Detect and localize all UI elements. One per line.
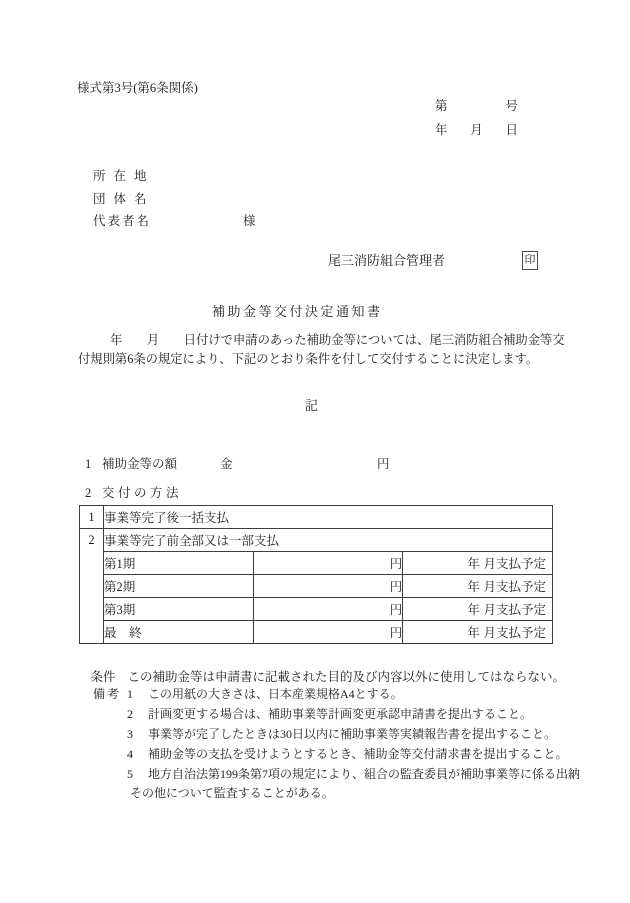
schedule-cell: 年 月支払予定 bbox=[403, 598, 553, 621]
period-label-cell: 第3期 bbox=[104, 598, 254, 621]
remark-item: 3事業等が完了したときは30日以内に補助事業等実績報告書を提出すること。 bbox=[93, 728, 556, 742]
remark-item: 5地方自治法第199条第7項の規定により、組合の監査委員が補助事業等に係る出納 bbox=[93, 768, 580, 782]
period-label-cell: 第1期 bbox=[104, 552, 254, 575]
amount-cell: 円 bbox=[253, 621, 403, 644]
seal-icon: 印 bbox=[525, 254, 536, 266]
table-row-period-final: 最 終 円 年 月支払予定 bbox=[80, 621, 553, 644]
schedule-year-label: 年 bbox=[467, 623, 480, 641]
issuer-name: 尾三消防組合管理者 bbox=[328, 254, 445, 269]
remark-text: 計画変更する場合は、補助事業等計画変更承認申請書を提出すること。 bbox=[148, 708, 532, 722]
schedule-year-label: 年 bbox=[467, 600, 480, 618]
row1-number-cell: 1 bbox=[80, 506, 104, 529]
payment-method-table: 1 事業等完了後一括支払 2 事業等完了前全部又は一部支払 第1期 円 年 月支… bbox=[79, 505, 553, 644]
amount-cell: 円 bbox=[253, 598, 403, 621]
remark-number: 4 bbox=[127, 748, 148, 762]
item1-number: 1 bbox=[85, 458, 91, 472]
seal-stamp-box: 印 bbox=[522, 251, 538, 270]
document-title: 補助金等交付決定通知書 bbox=[212, 305, 383, 320]
remark-item-continuation: その他について監査することがある。 bbox=[130, 787, 334, 801]
doc-number-suffix: 号 bbox=[505, 99, 518, 113]
doc-number-prefix: 第 bbox=[435, 99, 448, 113]
condition-label: 条件 bbox=[91, 670, 116, 684]
condition-text: この補助金等は申請書に記載された目的及び内容以外に使用してはならない。 bbox=[128, 670, 566, 684]
remark-number: 3 bbox=[127, 728, 148, 742]
row2-number-cell: 2 bbox=[80, 529, 104, 644]
item1-label: 補助金等の額 bbox=[102, 458, 177, 472]
remark-item: 2計画変更する場合は、補助事業等計画変更承認申請書を提出すること。 bbox=[93, 708, 532, 722]
recipient-representative-label: 代表者名 bbox=[93, 214, 151, 228]
date-month-label: 月 bbox=[470, 123, 483, 137]
table-row: 1 事業等完了後一括支払 bbox=[80, 506, 553, 529]
schedule-month-label: 月支払予定 bbox=[483, 600, 546, 618]
period-label-cell: 第2期 bbox=[104, 575, 254, 598]
date-year-label: 年 bbox=[435, 123, 448, 137]
remarks-label: 備考 bbox=[93, 688, 127, 702]
document-page: 様式第3号(第6条関係) 第 号 年 月 日 所在地 団体名 代表者名 様 尾三… bbox=[0, 0, 630, 903]
table-row-period-3: 第3期 円 年 月支払予定 bbox=[80, 598, 553, 621]
remark-number: 2 bbox=[127, 708, 148, 722]
schedule-month-label: 月支払予定 bbox=[483, 623, 546, 641]
remark-number: 1 bbox=[127, 688, 148, 702]
schedule-year-label: 年 bbox=[467, 554, 480, 572]
remarks-block: 備考1この用紙の大きさは、日本産業規格A4とする。 2計画変更する場合は、補助事… bbox=[93, 688, 105, 798]
amount-cell: 円 bbox=[253, 552, 403, 575]
schedule-cell: 年 月支払予定 bbox=[403, 552, 553, 575]
recipient-address-label: 所在地 bbox=[93, 169, 155, 183]
remark-text: 地方自治法第199条第7項の規定により、組合の監査委員が補助事業等に係る出納 bbox=[148, 768, 580, 782]
doc-number-line: 第 号 bbox=[435, 99, 518, 113]
form-number: 様式第3号(第6条関係) bbox=[77, 81, 198, 95]
remark-item: 4補助金等の支払を受けようとするとき、補助金等交付請求書を提出すること。 bbox=[93, 748, 568, 762]
date-day-label: 日 bbox=[505, 123, 518, 137]
amount-suffix-label: 円 bbox=[377, 458, 390, 472]
schedule-cell: 年 月支払予定 bbox=[403, 621, 553, 644]
table-row-period-1: 第1期 円 年 月支払予定 bbox=[80, 552, 553, 575]
recipient-organization-label: 団体名 bbox=[93, 192, 155, 206]
schedule-year-label: 年 bbox=[467, 577, 480, 595]
schedule-cell: 年 月支払予定 bbox=[403, 575, 553, 598]
schedule-month-label: 月支払予定 bbox=[483, 554, 546, 572]
table-row-period-2: 第2期 円 年 月支払予定 bbox=[80, 575, 553, 598]
remark-text: この用紙の大きさは、日本産業規格A4とする。 bbox=[148, 688, 403, 702]
remark-number: 5 bbox=[127, 768, 148, 782]
period-label-cell: 最 終 bbox=[104, 621, 254, 644]
schedule-month-label: 月支払予定 bbox=[483, 577, 546, 595]
remark-text: 事業等が完了したときは30日以内に補助事業等実績報告書を提出すること。 bbox=[148, 728, 556, 742]
amount-prefix-label: 金 bbox=[220, 458, 233, 472]
remark-item: 備考1この用紙の大きさは、日本産業規格A4とする。 bbox=[93, 688, 403, 702]
row2-description-cell: 事業等完了前全部又は一部支払 bbox=[104, 529, 553, 552]
issue-date-line: 年 月 日 bbox=[435, 123, 518, 137]
amount-cell: 円 bbox=[253, 575, 403, 598]
item2-label: 交付の方法 bbox=[102, 487, 182, 501]
body-paragraph-line1: 年 月 日付けで申請のあった補助金等については、尾三消防組合補助金等交 bbox=[110, 333, 565, 347]
honorific-label: 様 bbox=[243, 214, 256, 228]
item2-number: 2 bbox=[85, 487, 91, 501]
remark-text: 補助金等の支払を受けようとするとき、補助金等交付請求書を提出すること。 bbox=[148, 748, 568, 762]
table-row: 2 事業等完了前全部又は一部支払 bbox=[80, 529, 553, 552]
ki-heading: 記 bbox=[305, 399, 318, 414]
remark-text: その他について監査することがある。 bbox=[130, 787, 334, 801]
row1-description-cell: 事業等完了後一括支払 bbox=[104, 506, 553, 529]
body-paragraph-line2: 付規則第6条の規定により、下記のとおり条件を付して交付することに決定します。 bbox=[78, 352, 538, 366]
